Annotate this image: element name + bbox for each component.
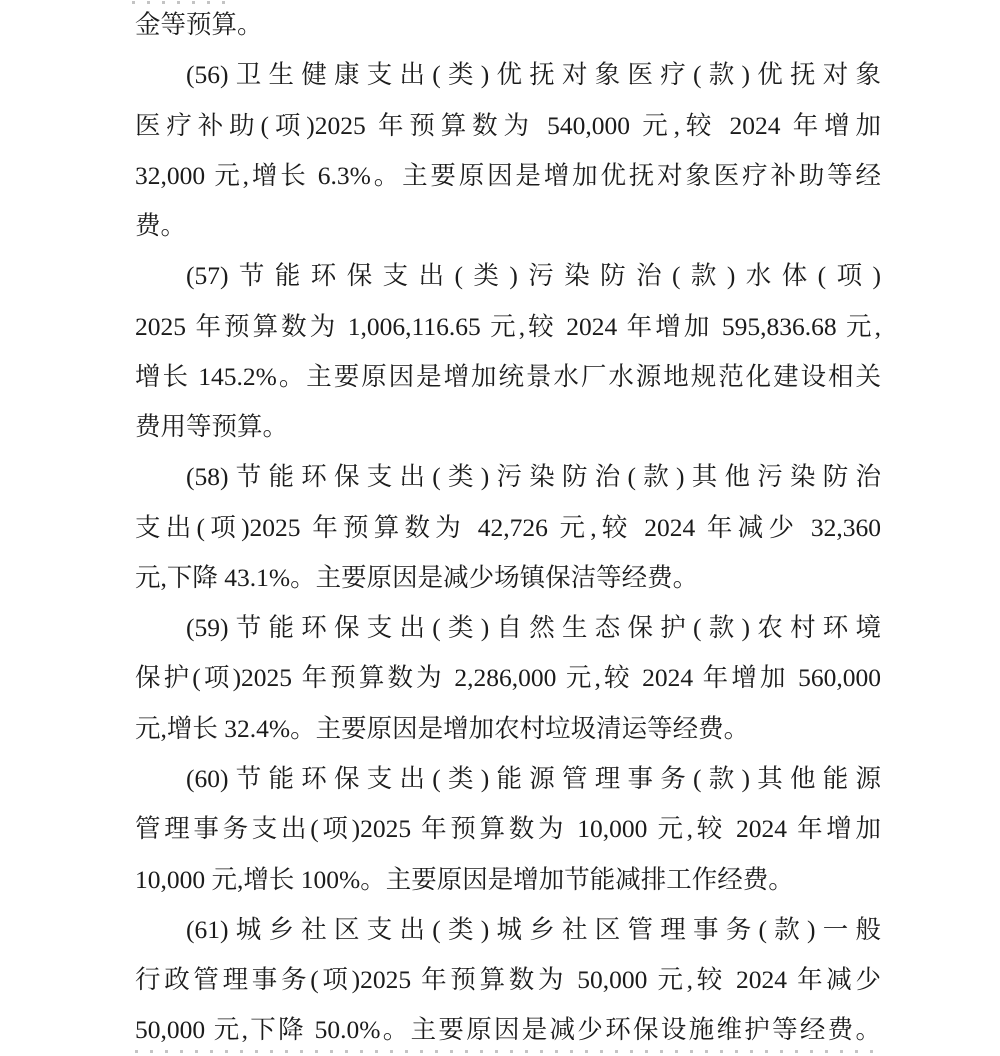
paragraph-item-59: (59)节能环保支出(类)自然生态保护(款)农村环境保护(项)2025 年预算数… xyxy=(135,603,881,754)
text-line: 医疗补助(项)2025 年预算数为 540,000 元,较 2024 年增加 xyxy=(135,101,881,151)
paragraph-item-57: (57)节能环保支出(类)污染防治(款)水体(项)2025 年预算数为 1,00… xyxy=(135,251,881,452)
text-column: 金等预算。(56)卫生健康支出(类)优抚对象医疗(款)优抚对象医疗补助(项)20… xyxy=(135,0,881,1056)
document-page: 金等预算。(56)卫生健康支出(类)优抚对象医疗(款)优抚对象医疗补助(项)20… xyxy=(0,0,1000,1056)
text-line: (61)城乡社区支出(类)城乡社区管理事务(款)一般 xyxy=(135,905,881,955)
text-line: 保护(项)2025 年预算数为 2,286,000 元,较 2024 年增加 5… xyxy=(135,653,881,703)
text-line: 支出(项)2025 年预算数为 42,726 元,较 2024 年减少 32,3… xyxy=(135,503,881,553)
text-line: 增长 145.2%。主要原因是增加统景水厂水源地规范化建设相关 xyxy=(135,352,881,402)
text-line: 元,下降 43.1%。主要原因是减少场镇保洁等经费。 xyxy=(135,553,881,603)
bottom-clipped-line-fragment xyxy=(135,1050,882,1053)
text-line: 金等预算。 xyxy=(135,0,881,50)
text-line: 32,000 元,增长 6.3%。主要原因是增加优抚对象医疗补助等经 xyxy=(135,151,881,201)
text-line: (59)节能环保支出(类)自然生态保护(款)农村环境 xyxy=(135,603,881,653)
text-line: (60)节能环保支出(类)能源管理事务(款)其他能源 xyxy=(135,754,881,804)
text-line: 10,000 元,增长 100%。主要原因是增加节能减排工作经费。 xyxy=(135,855,881,905)
paragraph-continuation-of-previous-paragraph: 金等预算。 xyxy=(135,0,881,50)
paragraph-item-58: (58)节能环保支出(类)污染防治(款)其他污染防治支出(项)2025 年预算数… xyxy=(135,452,881,603)
paragraph-item-56: (56)卫生健康支出(类)优抚对象医疗(款)优抚对象医疗补助(项)2025 年预… xyxy=(135,50,881,251)
text-line: 50,000 元,下降 50.0%。主要原因是减少环保设施维护等经费。 xyxy=(135,1005,881,1055)
text-line: 管理事务支出(项)2025 年预算数为 10,000 元,较 2024 年增加 xyxy=(135,804,881,854)
text-line: 2025 年预算数为 1,006,116.65 元,较 2024 年增加 595… xyxy=(135,302,881,352)
paragraph-item-60: (60)节能环保支出(类)能源管理事务(款)其他能源管理事务支出(项)2025 … xyxy=(135,754,881,905)
text-line: (56)卫生健康支出(类)优抚对象医疗(款)优抚对象 xyxy=(135,50,881,100)
text-line: 费用等预算。 xyxy=(135,402,881,452)
paragraph-item-61: (61)城乡社区支出(类)城乡社区管理事务(款)一般行政管理事务(项)2025 … xyxy=(135,905,881,1056)
text-line: (57)节能环保支出(类)污染防治(款)水体(项) xyxy=(135,251,881,301)
text-line: 行政管理事务(项)2025 年预算数为 50,000 元,较 2024 年减少 xyxy=(135,955,881,1005)
text-line: (58)节能环保支出(类)污染防治(款)其他污染防治 xyxy=(135,452,881,502)
text-line: 费。 xyxy=(135,201,881,251)
text-line: 元,增长 32.4%。主要原因是增加农村垃圾清运等经费。 xyxy=(135,704,881,754)
